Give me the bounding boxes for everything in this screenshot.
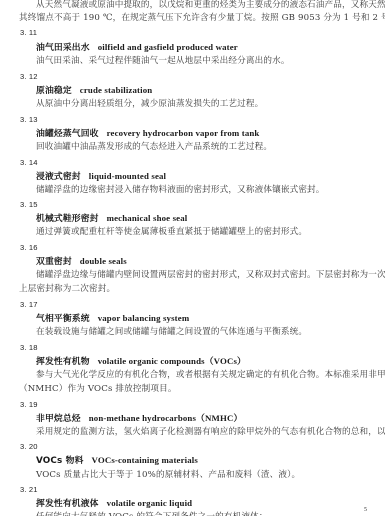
- term-cn: 挥发性有机物: [36, 357, 90, 367]
- section-number: 3. 17: [20, 299, 38, 310]
- definition-line: 从原油中分离出轻质组分，减少原油蒸发损失的工艺过程。: [36, 99, 263, 110]
- term-heading: 双重密封double seals: [36, 256, 127, 268]
- definition-line: 通过弹簧或配重杠杆等使金属薄板垂直紧抵于储罐罐壁上的密封形式。: [36, 227, 307, 238]
- section-number: 3. 20: [20, 441, 38, 452]
- term-cn: 机械式鞋形密封: [36, 214, 99, 224]
- section-number: 3. 16: [20, 242, 38, 253]
- section-number: 3. 13: [20, 114, 38, 125]
- section-number: 3. 19: [20, 399, 38, 410]
- term-cn: 气相平衡系统: [36, 314, 90, 324]
- section-number: 3. 21: [20, 484, 38, 495]
- term-heading: 挥发性有机物volatile organic compounds（VOCs）: [36, 356, 246, 368]
- intro-line-2: 其终馏点不高于 190 ℃，在规定蒸气压下允许含有少量丁烷。按照 GB 9053…: [19, 13, 385, 24]
- term-en: double seals: [80, 256, 127, 266]
- term-heading: 气相平衡系统vapor balancing system: [36, 313, 189, 325]
- term-heading: 油气田采出水oilfield and gasfield produced wat…: [36, 42, 238, 54]
- term-en: mechanical shoe seal: [107, 213, 188, 223]
- document-page: 从天然气凝液或原油中提取的，以戊烷和更重的烃类为主要成分的液态石油产品，又称天然…: [0, 0, 385, 516]
- term-heading: 浸液式密封liquid-mounted seal: [36, 171, 166, 183]
- term-cn: 油气田采出水: [36, 43, 90, 53]
- definition-line: 储罐浮盘的边缘密封浸入储存物料液面的密封形式，又称液体镶嵌式密封。: [36, 185, 325, 196]
- term-cn: 双重密封: [36, 257, 72, 267]
- definition-line: VOCs 质量占比大于等于 10%的原辅材料、产品和废料（渣、液）。: [36, 470, 300, 481]
- term-en: liquid-mounted seal: [89, 171, 166, 181]
- term-cn: 挥发性有机液体: [36, 499, 99, 509]
- term-en: volatile organic compounds（VOCs）: [98, 356, 246, 366]
- section-number: 3. 12: [20, 71, 38, 82]
- term-en: volatile organic liquid: [107, 498, 193, 508]
- term-cn: 油罐烃蒸气回收: [36, 129, 99, 139]
- term-heading: 机械式鞋形密封mechanical shoe seal: [36, 213, 187, 225]
- term-heading: 油罐烃蒸气回收recovery hydrocarbon vapor from t…: [36, 128, 259, 140]
- intro-line-1: 从天然气凝液或原油中提取的，以戊烷和更重的烃类为主要成分的液态石油产品，又称天然…: [36, 0, 385, 11]
- definition-line: 参与大气光化学反应的有机化合物，或者根据有关规定确定的有机化合物。本标准采用非甲…: [36, 370, 385, 381]
- definition-line: 回收油罐中油品蒸发形成的气态烃进入产品系统的工艺过程。: [36, 142, 272, 153]
- definition-line: （NMHC）作为 VOCs 排放控制项目。: [19, 384, 177, 395]
- term-heading: 原油稳定crude stabilization: [36, 85, 152, 97]
- definition-line: 在装载设施与储罐之间或储罐与储罐之间设置的气体连通与平衡系统。: [36, 327, 307, 338]
- term-en: vapor balancing system: [98, 313, 190, 323]
- term-cn: 浸液式密封: [36, 172, 81, 182]
- term-en: recovery hydrocarbon vapor from tank: [107, 128, 260, 138]
- term-en: oilfield and gasfield produced water: [98, 42, 238, 52]
- term-en: VOCs-containing materials: [92, 455, 198, 465]
- term-cn: 原油稳定: [36, 86, 72, 96]
- section-number: 3. 18: [20, 342, 38, 353]
- term-heading: 非甲烷总烃non-methane hydrocarbons（NMHC）: [36, 413, 242, 425]
- page-number: 5: [364, 507, 367, 513]
- definition-line: 采用规定的监测方法，氢火焰离子化检测器有响应的除甲烷外的气态有机化合物的总和，以…: [36, 427, 385, 438]
- section-number: 3. 11: [20, 27, 37, 38]
- term-en: crude stabilization: [80, 85, 153, 95]
- definition-line: 上层密封称为二次密封。: [19, 284, 115, 295]
- term-cn: 非甲烷总烃: [36, 414, 81, 424]
- term-heading: VOCs 物料VOCs-containing materials: [36, 455, 198, 467]
- term-cn: VOCs 物料: [36, 456, 84, 466]
- term-heading: 挥发性有机液体volatile organic liquid: [36, 498, 192, 510]
- definition-line: 油气田采油、采气过程伴随油气一起从地层中采出经分离出的水。: [36, 56, 290, 67]
- definition-line: 储罐浮盘边缘与储罐内壁间设置两层密封的密封形式，又称双封式密封。下层密封称为一次…: [36, 270, 385, 281]
- term-en: non-methane hydrocarbons（NMHC）: [89, 413, 243, 423]
- definition-line: 任何能向大气释放 VOCs 的符合下列条件之一的有机液体：: [36, 512, 268, 516]
- section-number: 3. 15: [20, 199, 38, 210]
- section-number: 3. 14: [20, 157, 38, 168]
